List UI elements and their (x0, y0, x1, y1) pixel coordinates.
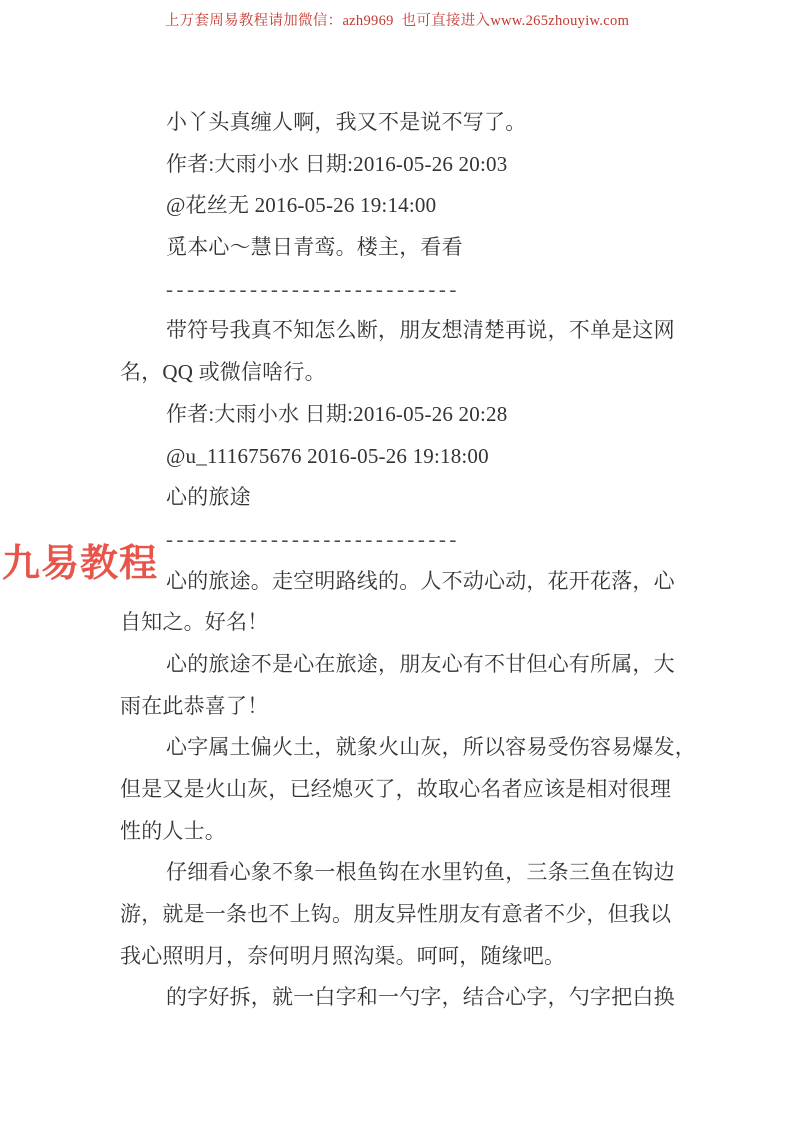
header-promo-notice: 上万套周易教程请加微信：azh9969 也可直接进入www.265zhouyiw… (0, 9, 794, 30)
text-line: 带符号我真不知怎么断，朋友想清楚再说，不单是这网 (120, 310, 676, 352)
separator-line: ---------------------------- (120, 269, 676, 311)
text-line: 雨在此恭喜了！ (120, 686, 676, 728)
text-line: 游，就是一条也不上钩。朋友异性朋友有意者不少，但我以 (120, 894, 676, 936)
text-line: 作者:大雨小水 日期:2016-05-26 20:03 (120, 144, 676, 186)
text-line: 心的旅途。走空明路线的。人不动心动，花开花落，心 (120, 561, 676, 603)
text-line: 小丫头真缠人啊，我又不是说不写了。 (120, 102, 676, 144)
text-line: 心的旅途 (120, 477, 676, 519)
text-line: 名，QQ 或微信啥行。 (120, 352, 676, 394)
document-body: 小丫头真缠人啊，我又不是说不写了。作者:大雨小水 日期:2016-05-26 2… (120, 102, 676, 1019)
text-line: 心的旅途不是心在旅途，朋友心有不甘但心有所属，大 (120, 644, 676, 686)
text-line: 仔细看心象不象一根鱼钩在水里钓鱼，三条三鱼在钩边 (120, 852, 676, 894)
text-line: 心字属土偏火土，就象火山灰，所以容易受伤容易爆发， (120, 727, 676, 769)
text-line: 作者:大雨小水 日期:2016-05-26 20:28 (120, 394, 676, 436)
separator-line: ---------------------------- (120, 519, 676, 561)
text-line: 的字好拆，就一白字和一勺字，结合心字，勺字把白换 (120, 977, 676, 1019)
text-line: 自知之。好名！ (120, 602, 676, 644)
text-line: @u_111675676 2016-05-26 19:18:00 (120, 436, 676, 478)
text-line: 但是又是火山灰，已经熄灭了，故取心名者应该是相对很理 (120, 769, 676, 811)
text-line: @花丝无 2016-05-26 19:14:00 (120, 185, 676, 227)
text-line: 我心照明月，奈何明月照沟渠。呵呵，随缘吧。 (120, 936, 676, 978)
document-page: 上万套周易教程请加微信：azh9969 也可直接进入www.265zhouyiw… (0, 0, 794, 1123)
text-line: 性的人士。 (120, 811, 676, 853)
text-line: 觅本心～慧日青鸾。楼主，看看 (120, 227, 676, 269)
